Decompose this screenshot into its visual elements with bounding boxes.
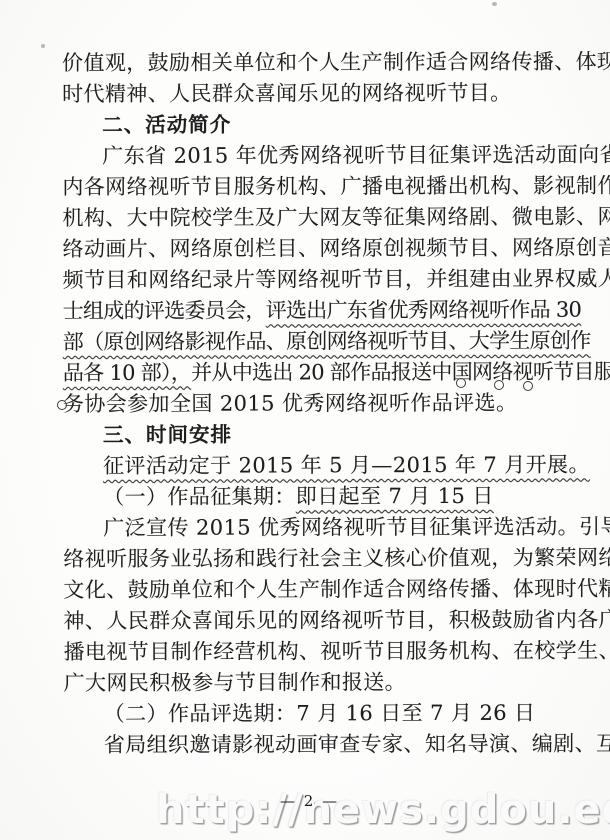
emphasis-circle xyxy=(494,380,504,390)
wavy-underlined-text: 征评活动定于 2015 年 5 月—2015 年 7 月开展。 xyxy=(103,453,590,478)
paragraph-line: 神、人民群众喜闻乐见的网络视听节目，积极鼓励省内各广 xyxy=(63,605,591,637)
line-text: 广泛宣传 2015 优秀网络视听节目征集评选活动。引导网 xyxy=(103,514,610,539)
line-text: 务协会参加全国 2015 优秀网络视听作品评选。 xyxy=(63,391,517,416)
paragraph-line: （一）作品征集期：即日起至 7 月 15 日 xyxy=(63,481,591,513)
paragraph-line: 士组成的评选委员会，评选出广东省优秀网络视听作品 30 xyxy=(63,295,591,327)
line-text: 并从中选出 20 部作品报送中国网络视听节目服 xyxy=(191,360,610,385)
scan-speck xyxy=(41,44,45,48)
emphasis-circle xyxy=(523,381,533,391)
page-number: — 2 — xyxy=(280,792,339,810)
section-heading-3: 三、时间安排 xyxy=(63,419,591,451)
scan-speck xyxy=(492,2,497,6)
paragraph-line: （二）作品评选期：7 月 16 日至 7 月 26 日 xyxy=(64,698,592,730)
line-text: 省局组织邀请影视动画审查专家、知名导演、编剧、互 xyxy=(104,732,610,757)
paragraph-line: 价值观，鼓励相关单位和个人生产制作适合网络传播、体现 xyxy=(62,47,590,79)
line-text: 时代精神、人民群众喜闻乐见的网络视听节目。 xyxy=(62,81,511,106)
line-text: 频节目和网络纪录片等网络视听节目，并组建由业界权威人 xyxy=(63,267,610,292)
paragraph-line: 广大网民积极参与节目制作和报送。 xyxy=(64,667,592,699)
line-text: （一）作品征集期： xyxy=(103,484,296,509)
line-text: 络动画片、网络原创栏目、网络原创视频节目、网络原创音 xyxy=(62,236,610,261)
line-text: 广大网民积极参与节目制作和报送。 xyxy=(64,670,406,695)
emphasis-circle xyxy=(456,378,466,388)
line-text: 价值观，鼓励相关单位和个人生产制作适合网络传播、体现 xyxy=(62,50,610,75)
wavy-underlined-text: 评选出广东省优秀网络视听作品 30 xyxy=(266,298,582,323)
paragraph-line: 广泛宣传 2015 优秀网络视听节目征集评选活动。引导网 xyxy=(63,512,591,544)
paragraph-line: 务协会参加全国 2015 优秀网络视听作品评选。 xyxy=(63,388,591,420)
line-text: 机构、大中院校学生及广大网友等征集网络剧、微电影、网 xyxy=(62,205,610,230)
emphasis-circle xyxy=(57,400,67,410)
wavy-underlined-text: 即日起至 7 月 15 日 xyxy=(296,484,494,509)
heading-text: 三、时间安排 xyxy=(103,423,232,447)
paragraph-line: 络视听服务业弘扬和践行社会主义核心价值观，为繁荣网络 xyxy=(63,543,591,575)
paragraph-line: 文化、鼓励单位和个人生产制作适合网络传播、体现时代精 xyxy=(63,574,591,606)
paragraph-line: 机构、大中院校学生及广大网友等征集网络剧、微电影、网 xyxy=(62,202,590,234)
document-text-block: 价值观，鼓励相关单位和个人生产制作适合网络传播、体现 时代精神、人民群众喜闻乐见… xyxy=(62,47,592,761)
line-text: 内各网络视听节目服务机构、广播电视播出机构、影视制作 xyxy=(62,174,610,199)
paragraph-line: 内各网络视听节目服务机构、广播电视播出机构、影视制作 xyxy=(62,171,590,203)
line-text: （二）作品评选期：7 月 16 日至 7 月 26 日 xyxy=(104,701,536,726)
scan-speck xyxy=(580,185,584,188)
section-heading-2: 二、活动简介 xyxy=(62,109,590,141)
scanned-document-page: 价值观，鼓励相关单位和个人生产制作适合网络传播、体现 时代精神、人民群众喜闻乐见… xyxy=(0,0,610,840)
line-text: 神、人民群众喜闻乐见的网络视听节目，积极鼓励省内各广 xyxy=(63,608,610,633)
paragraph-line: 络动画片、网络原创栏目、网络原创视频节目、网络原创音 xyxy=(62,233,590,265)
heading-text: 二、活动简介 xyxy=(102,113,231,137)
line-text: 播电视节目制作经营机构、视听节目服务机构、在校学生、 xyxy=(64,639,610,664)
paragraph-line: 部（原创网络影视作品、原创网络视听节目、大学生原创作 xyxy=(63,326,591,358)
wavy-underlined-text: 部（原创网络影视作品、原创网络视听节目、大学生原创作 xyxy=(63,329,591,354)
paragraph-line: 省局组织邀请影视动画审查专家、知名导演、编剧、互 xyxy=(64,729,592,761)
line-text: 文化、鼓励单位和个人生产制作适合网络传播、体现时代精 xyxy=(63,577,610,602)
line-text: 士组成的评选委员会， xyxy=(63,298,266,323)
watermark-url: http://news.gdou.edu.cn xyxy=(156,790,610,830)
scan-speck xyxy=(597,54,604,58)
line-text: 广东省 2015 年优秀网络视听节目征集评选活动面向省 xyxy=(102,143,610,168)
paragraph-line: 品各 10 部），并从中选出 20 部作品报送中国网络视听节目服 xyxy=(63,357,591,389)
wavy-underlined-text: 品各 10 部）， xyxy=(63,361,191,385)
paragraph-line: 频节目和网络纪录片等网络视听节目，并组建由业界权威人 xyxy=(63,264,591,296)
line-text: 络视听服务业弘扬和践行社会主义核心价值观，为繁荣网络 xyxy=(63,546,610,571)
paragraph-line: 时代精神、人民群众喜闻乐见的网络视听节目。 xyxy=(62,78,590,110)
paragraph-line: 广东省 2015 年优秀网络视听节目征集评选活动面向省 xyxy=(62,140,590,172)
paragraph-line: 播电视节目制作经营机构、视听节目服务机构、在校学生、 xyxy=(64,636,592,668)
paragraph-line: 征评活动定于 2015 年 5 月—2015 年 7 月开展。 xyxy=(63,450,591,482)
